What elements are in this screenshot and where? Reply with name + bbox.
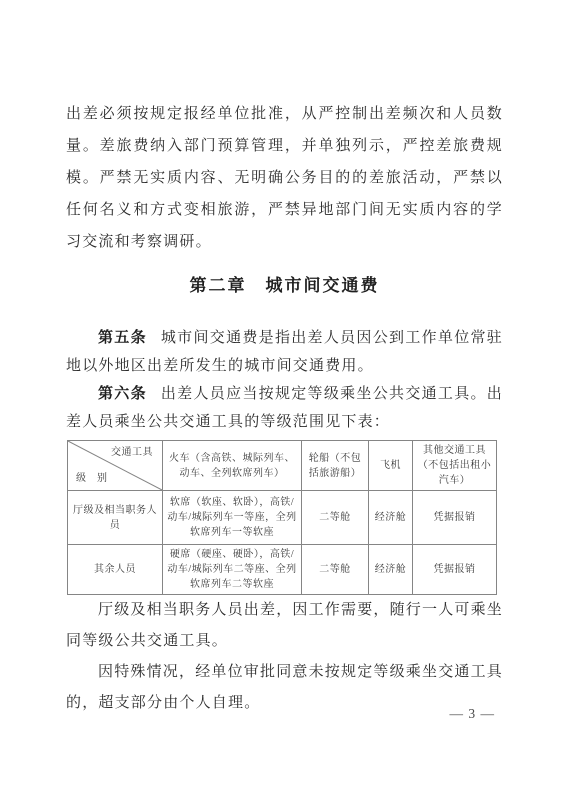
table-row: 其余人员 硬席（硬座、硬卧），高铁/动车/城际列车二等座、全列软席列车二等软座 …	[68, 545, 497, 595]
paragraph-intro: 出差必须按规定报经单位批准，从严控制出差频次和人员数量。差旅费纳入部门预算管理，…	[66, 98, 503, 258]
table-header-other: 其他交通工具（不包括出租小汽车）	[413, 441, 497, 491]
article6-label: 第六条	[98, 386, 147, 402]
table-header-plane: 飞机	[369, 441, 413, 491]
cell-ship: 二等舱	[302, 545, 369, 595]
cell-other: 凭据报销	[413, 491, 497, 545]
corner-label-rank: 级 别	[76, 471, 108, 486]
table-corner-cell: 交通工具 级 别	[68, 441, 163, 491]
paragraph-article6: 第六条出差人员应当按规定等级乘坐公共交通工具。出差人员乘坐公共交通工具的等级范围…	[66, 380, 503, 436]
paragraph-note2: 因特殊情况，经单位审批同意未按规定等级乘坐交通工具的，超支部分由个人自理。	[66, 657, 503, 719]
page-number: — 3 —	[450, 706, 496, 722]
cell-other: 凭据报销	[413, 545, 497, 595]
corner-label-transport: 交通工具	[111, 445, 153, 460]
cell-train: 硬席（硬座、硬卧），高铁/动车/城际列车二等座、全列软席列车二等软座	[163, 545, 302, 595]
cell-level: 其余人员	[68, 545, 163, 595]
paragraph-note1: 厅级及相当职务人员出差，因工作需要，随行一人可乘坐同等级公共交通工具。	[66, 595, 503, 657]
document-page: 出差必须按规定报经单位批准，从严控制出差频次和人员数量。差旅费纳入部门预算管理，…	[0, 0, 565, 800]
cell-level: 厅级及相当职务人员	[68, 491, 163, 545]
cell-plane: 经济舱	[369, 545, 413, 595]
table-header-train: 火车（含高铁、城际列车、动车、全列软席列车）	[163, 441, 302, 491]
transport-class-table: 交通工具 级 别 火车（含高铁、城际列车、动车、全列软席列车） 轮船（不包括旅游…	[67, 440, 497, 595]
table-header-row: 交通工具 级 别 火车（含高铁、城际列车、动车、全列软席列车） 轮船（不包括旅游…	[68, 441, 497, 491]
table-header-ship: 轮船（不包括旅游船）	[302, 441, 369, 491]
cell-ship: 二等舱	[302, 491, 369, 545]
document-content: 出差必须按规定报经单位批准，从严控制出差频次和人员数量。差旅费纳入部门预算管理，…	[66, 0, 503, 719]
paragraph-article5: 第五条城市间交通费是指出差人员因公到工作单位常驻地以外地区出差所发生的城市间交通…	[66, 324, 503, 380]
chapter-heading: 第二章 城市间交通费	[66, 273, 503, 299]
cell-plane: 经济舱	[369, 491, 413, 545]
table-row: 厅级及相当职务人员 软席（软座、软卧），高铁/动车/城际列车一等座，全列软席列车…	[68, 491, 497, 545]
article5-label: 第五条	[98, 330, 147, 346]
cell-train: 软席（软座、软卧），高铁/动车/城际列车一等座，全列软席列车一等软座	[163, 491, 302, 545]
